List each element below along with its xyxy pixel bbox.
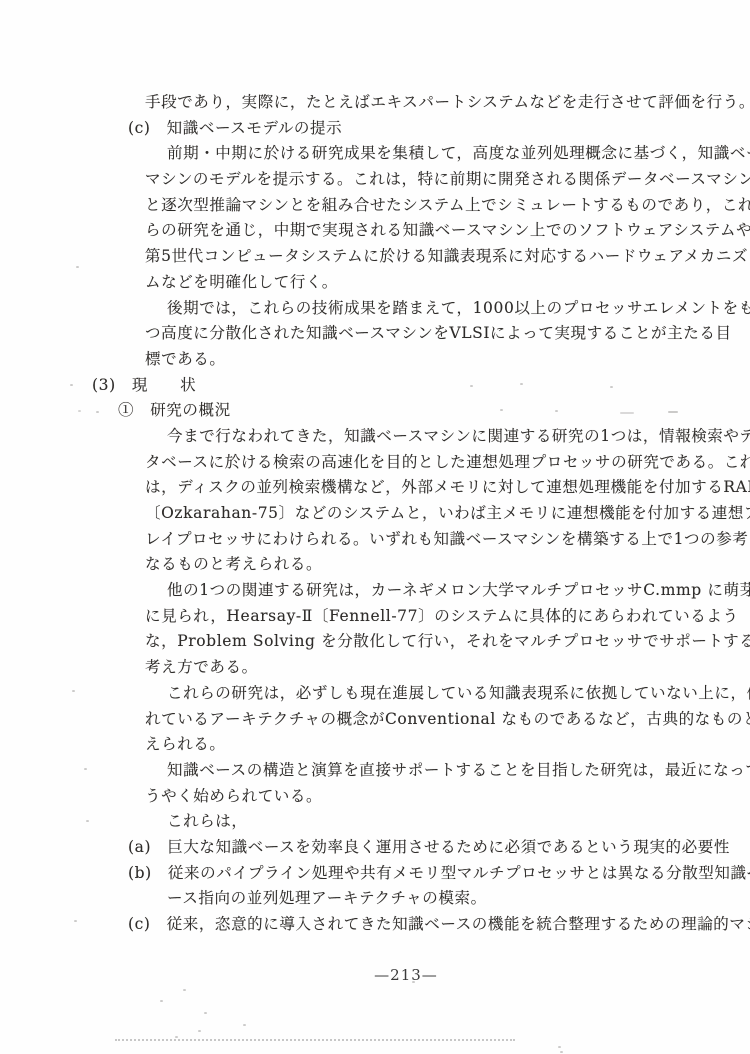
text-line: うやく始められている。 bbox=[145, 784, 732, 810]
text-line: に見られ，Hearsay-Ⅱ〔Fennell-77〕のシステムに具体的にあらわれ… bbox=[145, 604, 732, 630]
text-line: つ高度に分散化された知識ベースマシンをVLSIによって実現することが主たる目 bbox=[145, 321, 732, 347]
text-line: 前期・中期に於ける研究成果を集積して，高度な並列処理概念に基づく，知識ベー bbox=[167, 141, 732, 167]
scan-noise bbox=[96, 411, 99, 413]
subsection-heading-research-overview: ① 研究の概況 bbox=[118, 398, 732, 424]
list-item-c: (c) 従来，恣意的に導入されてきた知識ベースの機能を統合整理するための理論的マ… bbox=[128, 912, 732, 938]
text-line: レイプロセッサにわけられる。いずれも知識ベースマシンを構築する上で1つの参考に bbox=[145, 527, 732, 553]
scan-noise bbox=[76, 266, 79, 268]
scan-noise bbox=[160, 1000, 163, 1002]
scan-noise bbox=[72, 690, 75, 692]
list-item-a: (a) 巨大な知識ベースを効率良く運用させるために必須であるという現実的必要性 bbox=[128, 835, 732, 861]
scan-noise bbox=[204, 1012, 207, 1014]
scan-noise bbox=[74, 920, 77, 922]
scan-noise bbox=[175, 1036, 178, 1038]
scan-noise bbox=[620, 412, 634, 414]
document-text-block: 手段であり，実際に，たとえばエキスパートシステムなどを走行させて評価を行う。 (… bbox=[92, 90, 732, 938]
scan-noise bbox=[86, 820, 89, 822]
text-line: 考え方である。 bbox=[145, 655, 732, 681]
text-line: 知識ベースの構造と演算を直接サポートすることを目指した研究は，最近になってよ bbox=[167, 758, 732, 784]
text-line: ムなどを明確化して行く。 bbox=[145, 270, 732, 296]
scan-noise bbox=[555, 410, 558, 412]
section-heading-current-status: (3) 現 状 bbox=[92, 373, 732, 399]
text-line: えられる。 bbox=[145, 732, 732, 758]
list-item-c-heading: (c) 知識ベースモデルの提示 bbox=[128, 116, 732, 142]
text-line: は，ディスクの並列検索機構など，外部メモリに対して連想処理機能を付加するRAP bbox=[145, 475, 732, 501]
text-line: これらは， bbox=[167, 809, 732, 835]
scan-noise bbox=[500, 409, 503, 411]
text-line: これらの研究は，必ずしも現在進展している知識表現系に依拠していない上に，使わ bbox=[167, 681, 732, 707]
text-line: と逐次型推論マシンとを組み合せたシステム上でシミュレートするものであり，これ bbox=[145, 193, 732, 219]
scan-noise-row bbox=[115, 1039, 515, 1041]
text-line: タベースに於ける検索の高速化を目的とした連想処理プロセッサの研究である。これら bbox=[145, 450, 732, 476]
scan-noise bbox=[668, 411, 678, 413]
text-line: れているアーキテクチャの概念がConventional なものであるなど，古典的… bbox=[145, 707, 732, 733]
scan-noise bbox=[412, 981, 415, 983]
page-number: —213— bbox=[374, 966, 438, 984]
text-line: 〔Ozkarahan-75〕などのシステムと，いわば主メモリに連想機能を付加する… bbox=[145, 501, 732, 527]
text-line: マシンのモデルを提示する。これは，特に前期に開発される関係データベースマシン bbox=[145, 167, 732, 193]
scan-noise bbox=[84, 768, 87, 770]
scanned-document-page: 手段であり，実際に，たとえばエキスパートシステムなどを走行させて評価を行う。 (… bbox=[0, 0, 750, 1054]
scan-noise bbox=[470, 385, 473, 387]
text-line: 第5世代コンピュータシステムに於ける知識表現系に対応するハードウェアメカニズ bbox=[145, 244, 732, 270]
scan-noise bbox=[558, 1046, 561, 1048]
scan-noise bbox=[78, 410, 81, 412]
scan-noise bbox=[560, 1051, 563, 1053]
scan-noise bbox=[243, 1024, 246, 1026]
scan-noise bbox=[183, 989, 186, 991]
text-line: なるものと考えられる。 bbox=[145, 552, 732, 578]
scan-noise bbox=[198, 1030, 201, 1032]
text-line: 今まで行なわれてきた，知識ベースマシンに関連する研究の1つは，情報検索やデー bbox=[167, 424, 732, 450]
page-footer: —213— bbox=[0, 965, 750, 984]
text-line: 手段であり，実際に，たとえばエキスパートシステムなどを走行させて評価を行う。 bbox=[145, 90, 732, 116]
scan-noise bbox=[610, 386, 613, 388]
text-line: 標である。 bbox=[145, 347, 732, 373]
text-line: な，Problem Solving を分散化して行い，それをマルチプロセッサでサ… bbox=[145, 629, 732, 655]
list-item-b-continuation: ース指向の並列処理アーキテクチャの模索。 bbox=[167, 886, 732, 912]
text-line: 後期では，これらの技術成果を踏まえて，1000以上のプロセッサエレメントをも bbox=[167, 296, 732, 322]
scan-noise bbox=[520, 383, 523, 385]
text-line: 他の1つの関連する研究は，カーネギメロン大学マルチプロセッサC.mmp に萌芽的 bbox=[167, 578, 732, 604]
scan-noise bbox=[70, 384, 73, 386]
list-item-b: (b) 従来のパイプライン処理や共有メモリ型マルチプロセッサとは異なる分散型知識… bbox=[128, 861, 732, 887]
text-line: らの研究を通じ，中期で実現される知識ベースマシン上でのソフトウェアシステムや， bbox=[145, 218, 732, 244]
